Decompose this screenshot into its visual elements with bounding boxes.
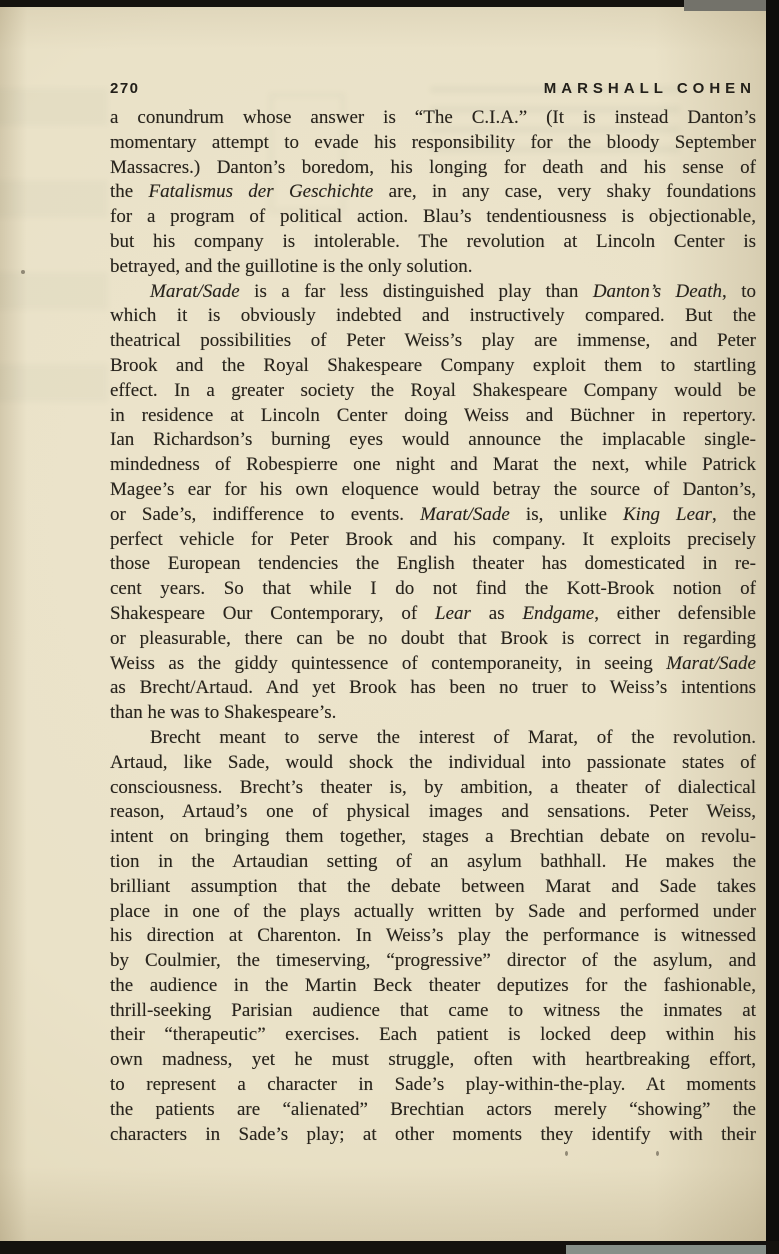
running-head-title: MARSHALL COHEN bbox=[544, 80, 756, 97]
book-page-scan: 270 MARSHALL COHEN a conundrum whose ans… bbox=[0, 0, 779, 1254]
text-line: Massacres.) Danton’s boredom, his longin… bbox=[110, 156, 756, 181]
paragraph: Marat/Sade is a far less distinguished p… bbox=[110, 280, 756, 726]
scan-speck bbox=[21, 270, 25, 274]
text-line: perfect vehicle for Peter Brook and his … bbox=[110, 528, 756, 553]
text-line: than he was to Shakespeare’s. bbox=[110, 701, 756, 726]
text-line: which it is obviously indebted and instr… bbox=[110, 304, 756, 329]
text-line: momentary attempt to evade his responsib… bbox=[110, 131, 756, 156]
bleed-through-texture bbox=[0, 88, 108, 448]
text-line: Brook and the Royal Shakespeare Company … bbox=[110, 354, 756, 379]
text-line: tion in the Artaudian setting of an asyl… bbox=[110, 850, 756, 875]
text-line: or pleasurable, there can be no doubt th… bbox=[110, 627, 756, 652]
text-line: Magee’s ear for his own eloquence would … bbox=[110, 478, 756, 503]
text-line: effect. In a greater society the Royal S… bbox=[110, 379, 756, 404]
text-line: their “therapeutic” exercises. Each pati… bbox=[110, 1023, 756, 1048]
text-line: by Coulmier, the timeserving, “progressi… bbox=[110, 949, 756, 974]
text-line: intent on bringing them together, stages… bbox=[110, 825, 756, 850]
page-number: 270 bbox=[110, 80, 140, 97]
text-line: to represent a character in Sade’s play-… bbox=[110, 1073, 756, 1098]
scan-speck bbox=[565, 1151, 568, 1156]
text-line: place in one of the plays actually writt… bbox=[110, 900, 756, 925]
text-line: Marat/Sade is a far less distinguished p… bbox=[110, 280, 756, 305]
text-line: theatrical possibilities of Peter Weiss’… bbox=[110, 329, 756, 354]
text-line: the patients are “alienated” Brechtian a… bbox=[110, 1098, 756, 1123]
text-line: or Sade’s, indifference to events. Marat… bbox=[110, 503, 756, 528]
text-line: those European tendencies the English th… bbox=[110, 552, 756, 577]
text-line: in residence at Lincoln Center doing Wei… bbox=[110, 404, 756, 429]
text-line: Shakespeare Our Contemporary, of Lear as… bbox=[110, 602, 756, 627]
body-text: a conundrum whose answer is “The C.I.A.”… bbox=[110, 106, 756, 1147]
text-line: thrill-seeking Parisian audience that ca… bbox=[110, 999, 756, 1024]
text-line: Brecht meant to serve the interest of Ma… bbox=[110, 726, 756, 751]
text-line: as Brecht/Artaud. And yet Brook has been… bbox=[110, 676, 756, 701]
scan-edge-bottom-gray bbox=[566, 1245, 766, 1254]
text-line: but his company is intolerable. The revo… bbox=[110, 230, 756, 255]
text-line: Weiss as the giddy quintessence of conte… bbox=[110, 652, 756, 677]
text-line: consciousness. Brecht’s theater is, by a… bbox=[110, 776, 756, 801]
text-line: Artaud, like Sade, would shock the indiv… bbox=[110, 751, 756, 776]
text-line: Ian Richardson’s burning eyes would anno… bbox=[110, 428, 756, 453]
text-line: for a program of political action. Blau’… bbox=[110, 205, 756, 230]
text-line: his direction at Charenton. In Weiss’s p… bbox=[110, 924, 756, 949]
text-line: reason, Artaud’s one of physical images … bbox=[110, 800, 756, 825]
scan-speck bbox=[656, 1151, 659, 1156]
text-line: the audience in the Martin Beck theater … bbox=[110, 974, 756, 999]
text-line: cent years. So that while I do not find … bbox=[110, 577, 756, 602]
text-line: own madness, yet he must struggle, often… bbox=[110, 1048, 756, 1073]
running-head: 270 MARSHALL COHEN bbox=[110, 80, 756, 97]
text-line: characters in Sade’s play; at other mome… bbox=[110, 1123, 756, 1148]
scan-edge-right bbox=[766, 0, 779, 1254]
scan-edge-top-gray bbox=[684, 0, 766, 11]
text-line: mindedness of Robespierre one night and … bbox=[110, 453, 756, 478]
paragraph: Brecht meant to serve the interest of Ma… bbox=[110, 726, 756, 1148]
text-line: a conundrum whose answer is “The C.I.A.”… bbox=[110, 106, 756, 131]
paragraph: a conundrum whose answer is “The C.I.A.”… bbox=[110, 106, 756, 280]
text-line: brilliant assumption that the debate bet… bbox=[110, 875, 756, 900]
text-line: the Fatalismus der Geschichte are, in an… bbox=[110, 180, 756, 205]
text-line: betrayed, and the guillotine is the only… bbox=[110, 255, 756, 280]
scan-edge-top bbox=[0, 0, 779, 7]
